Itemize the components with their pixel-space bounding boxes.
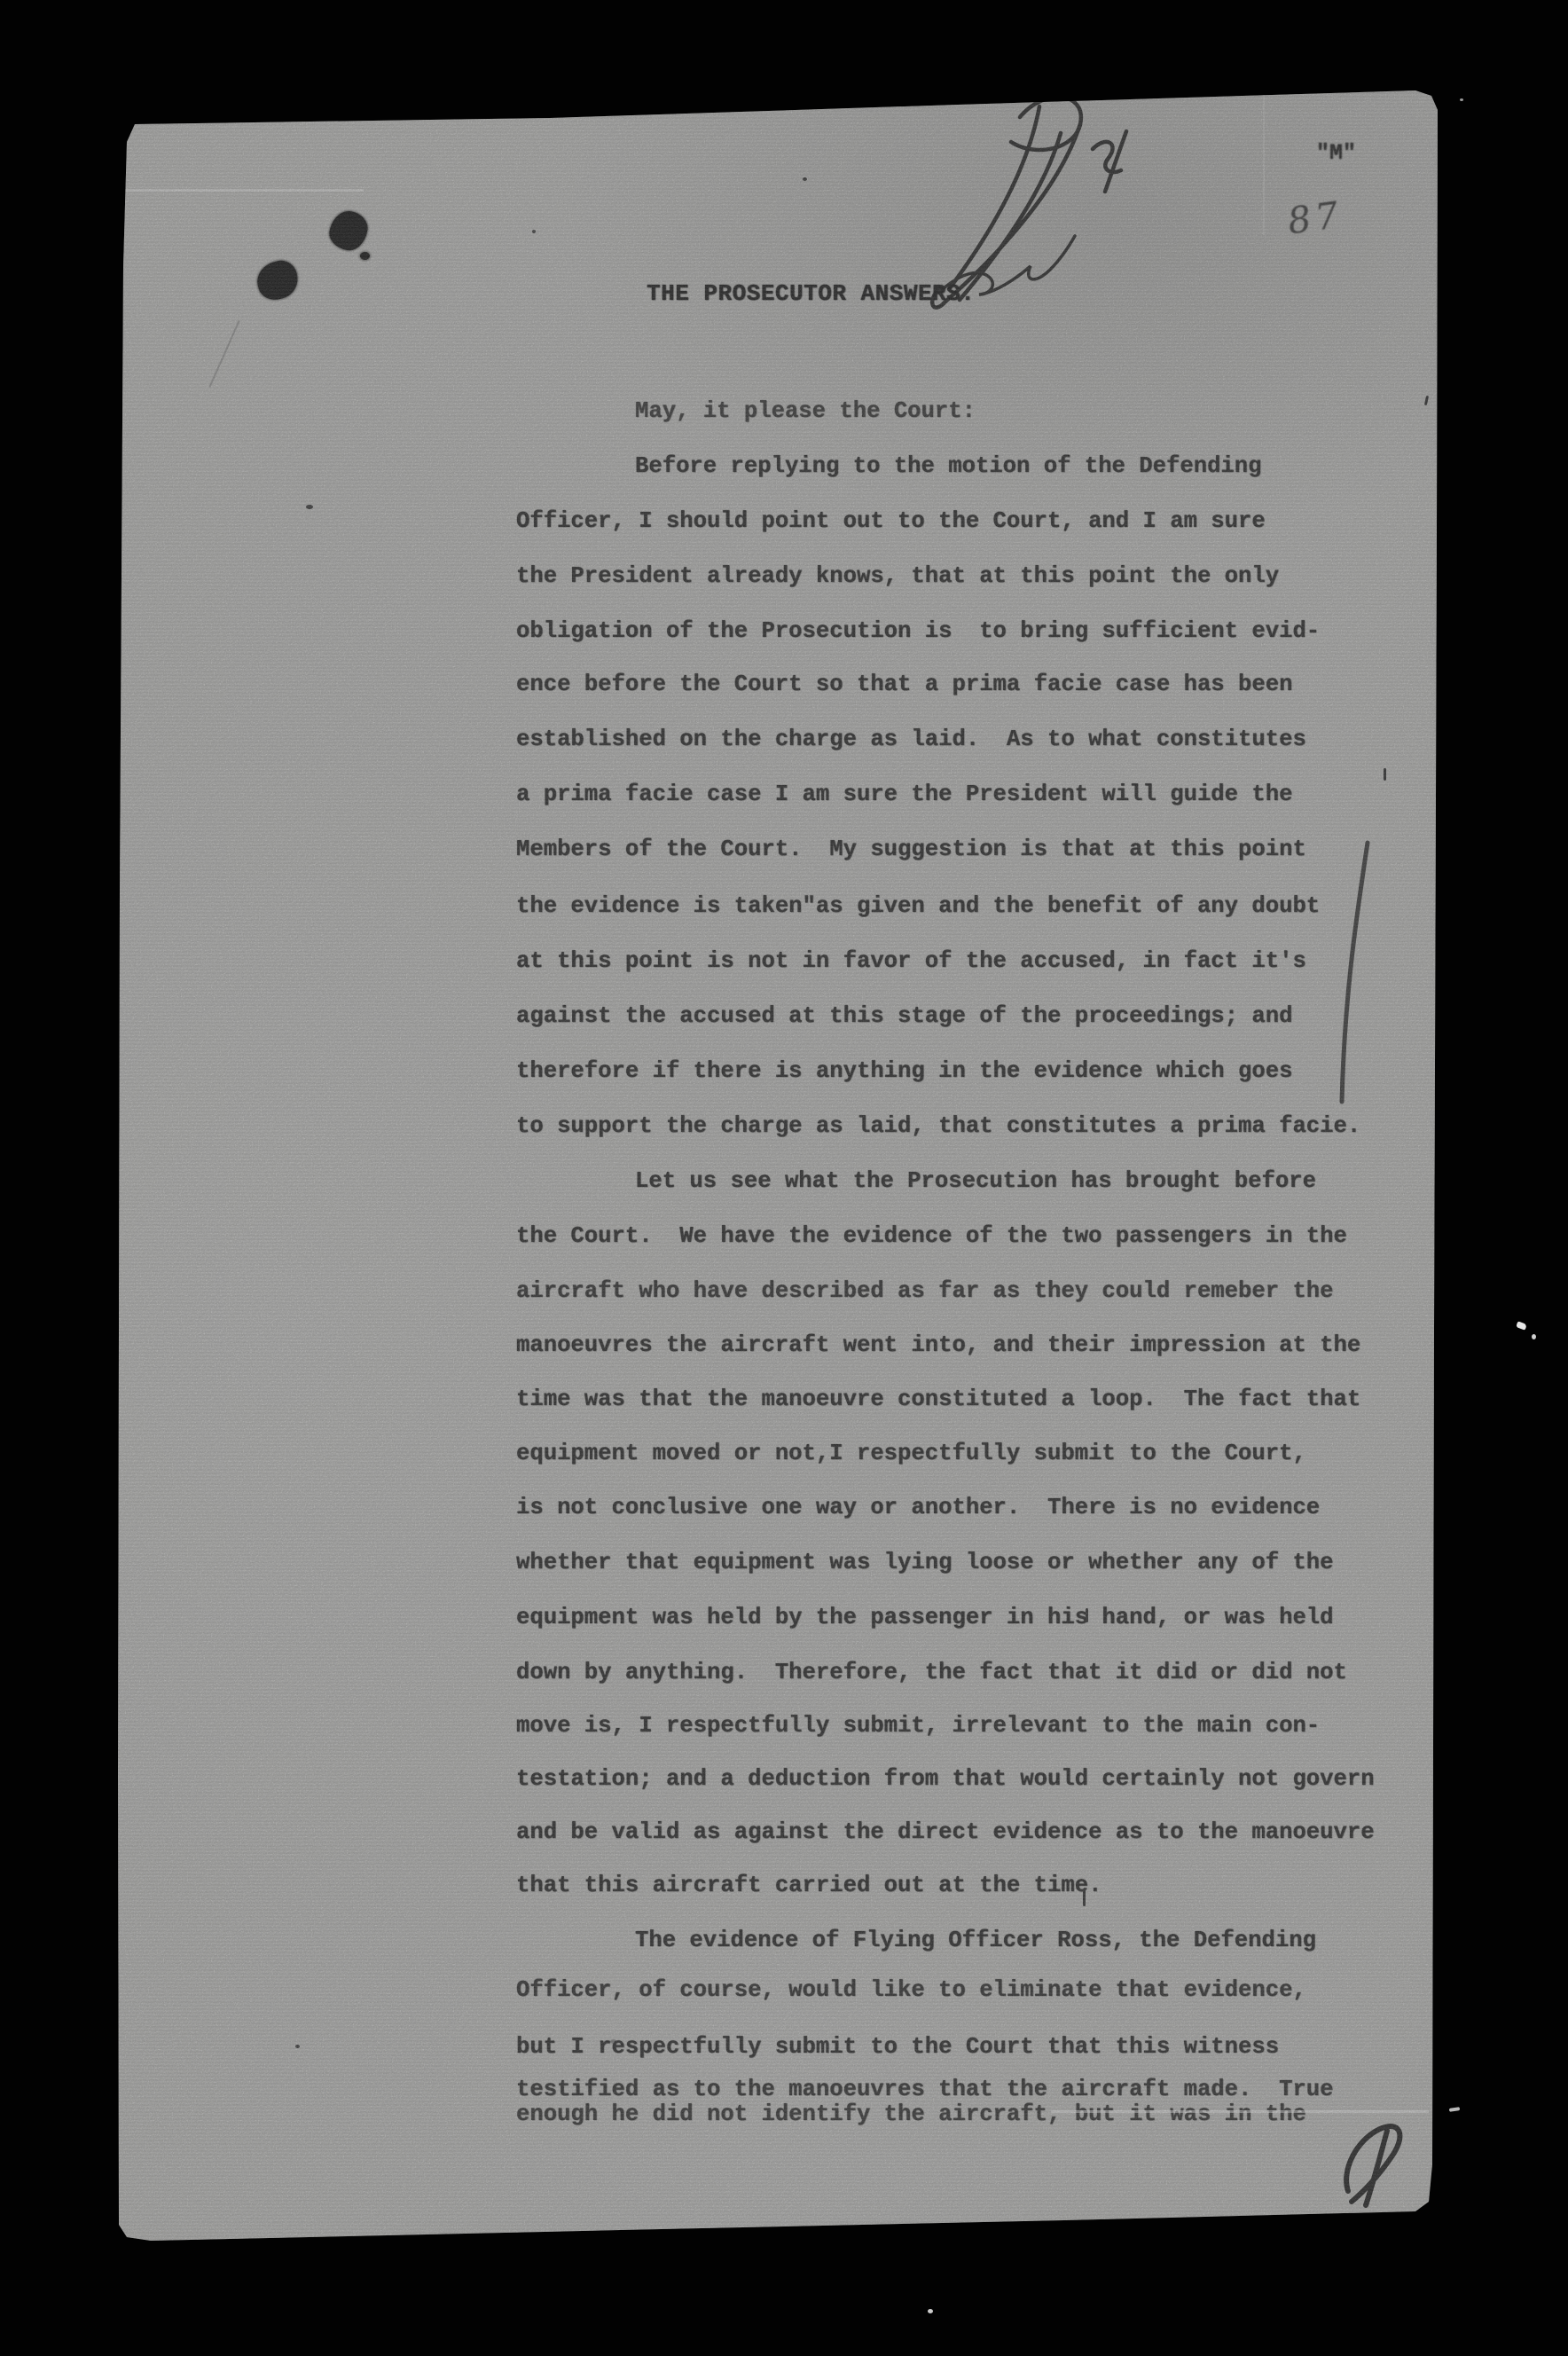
document-line: aircraft who have described as far as th…	[516, 1278, 1334, 1304]
document-line: the Court. We have the evidence of the t…	[516, 1223, 1347, 1249]
border-speck	[928, 2309, 933, 2313]
ink-blot	[360, 252, 370, 260]
border-speck	[1532, 1334, 1536, 1339]
document-line: Members of the Court. My suggestion is t…	[516, 836, 1306, 862]
stray-tick	[1086, 1608, 1088, 1622]
document-line: a prima facie case I am sure the Preside…	[516, 781, 1292, 807]
border-speck	[1449, 2107, 1460, 2112]
scratch-mark	[208, 320, 239, 388]
document-line: therefore if there is anything in the ev…	[516, 1058, 1292, 1084]
border-speck	[1516, 1321, 1527, 1330]
document-line: The evidence of Flying Officer Ross, the…	[635, 1928, 1316, 1953]
scan-background: THE PROSECUTOR ANSWERS. "M" 87 May, it p…	[0, 0, 1568, 2356]
document-line: and be valid as against the direct evide…	[516, 1819, 1375, 1845]
scan-speck	[610, 2039, 616, 2044]
scan-crease	[1263, 84, 1265, 235]
document-line: is not conclusive one way or another. Th…	[516, 1495, 1320, 1520]
stray-tick	[1083, 1889, 1086, 1906]
document-line: that this aircraft carried out at the ti…	[516, 1873, 1102, 1898]
document-line: equipment moved or not,I respectfully su…	[516, 1441, 1306, 1466]
document-line: but I respectfully submit to the Court t…	[516, 2034, 1279, 2060]
document-line: against the accused at this stage of the…	[516, 1003, 1292, 1029]
document-line: established on the charge as laid. As to…	[516, 726, 1306, 752]
scan-speck	[295, 2045, 300, 2048]
document-line: to support the charge as laid, that cons…	[516, 1113, 1360, 1139]
document-line: manoeuvres the aircraft went into, and t…	[516, 1332, 1360, 1358]
document-line: equipment was held by the passenger in h…	[516, 1605, 1334, 1630]
document-line: the evidence is taken"as given and the b…	[516, 893, 1320, 919]
document-line: obligation of the Prosecution is to brin…	[516, 618, 1320, 644]
document-line: May, it please the Court:	[635, 398, 976, 424]
document-line: testified as to the manoeuvres that the …	[516, 2077, 1334, 2102]
document-line: at this point is not in favor of the acc…	[516, 948, 1306, 974]
document-line: ence before the Court so that a prima fa…	[516, 671, 1292, 697]
border-speck	[1460, 98, 1463, 101]
paraph-mark	[1346, 2126, 1399, 2205]
document-line: testation; and a deduction from that wou…	[516, 1766, 1375, 1792]
stray-tick	[1424, 396, 1429, 405]
document-page: THE PROSECUTOR ANSWERS. "M" 87 May, it p…	[0, 0, 1568, 2356]
document-line: the President already knows, that at thi…	[516, 563, 1279, 589]
scan-speck	[803, 177, 807, 181]
document-line: Officer, I should point out to the Court…	[516, 508, 1266, 534]
stray-tick	[1384, 768, 1386, 781]
ink-blot	[253, 257, 302, 303]
document-title: THE PROSECUTOR ANSWERS.	[647, 280, 975, 307]
document-line: whether that equipment was lying loose o…	[516, 1550, 1334, 1575]
document-line: enough he did not identify the aircraft,…	[516, 2101, 1306, 2127]
document-line: Officer, of course, would like to elimin…	[516, 1977, 1306, 2003]
scan-speck	[532, 230, 536, 233]
signature-mark	[932, 97, 1126, 307]
document-line: Before replying to the motion of the Def…	[635, 453, 1262, 479]
scan-speck	[306, 505, 313, 509]
document-line: Let us see what the Prosecution has brou…	[635, 1168, 1316, 1194]
scan-streak	[1051, 2110, 1429, 2113]
margin-line-mark	[1342, 843, 1368, 1102]
page-number: 87	[1285, 193, 1345, 243]
document-line: time was that the manoeuvre constituted …	[516, 1386, 1360, 1412]
ink-blot	[326, 208, 370, 254]
document-line: down by anything. Therefore, the fact th…	[516, 1660, 1347, 1685]
document-line: move is, I respectfully submit, irreleva…	[516, 1713, 1320, 1739]
corner-mark: "M"	[1316, 140, 1356, 166]
scan-streak	[124, 189, 364, 192]
